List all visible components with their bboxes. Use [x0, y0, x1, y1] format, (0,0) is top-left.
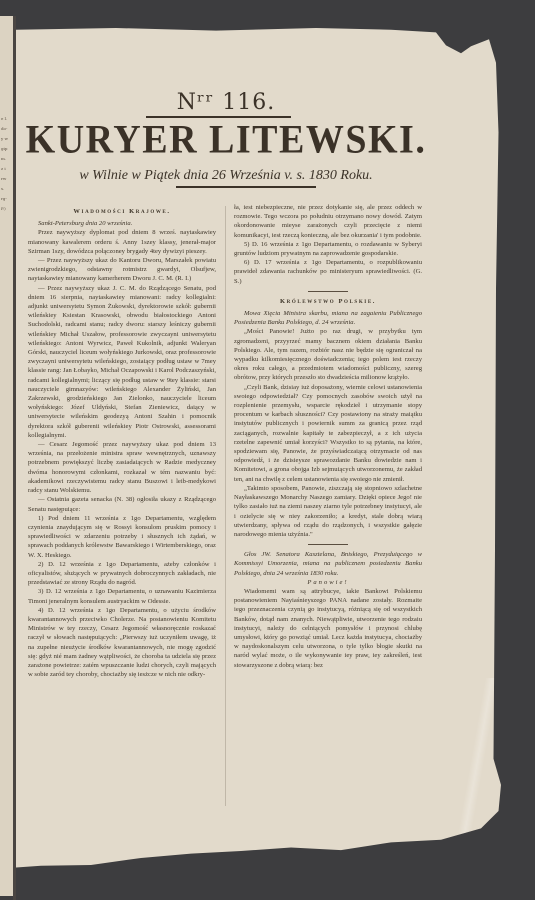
- column-divider: [225, 206, 226, 806]
- left-column: Wiadomości Krajowe. Sankt-Petersburg dni…: [28, 203, 216, 679]
- newspaper-page: Nʳʳ 116. KURYER LITEWSKI. w Wilnie w Pią…: [16, 28, 516, 898]
- newspaper-title: KURYER LITEWSKI.: [16, 117, 436, 163]
- section-heading: Wiadomości Krajowe.: [28, 207, 216, 216]
- paragraph: 6) D. 17 września z 1go Departamentu, o …: [234, 258, 422, 286]
- paragraph: 3) D. 12 września z 1go Departamentu, o …: [28, 587, 216, 605]
- paragraph: Wiadomemi wam są attrybucye, iakie Banko…: [234, 587, 422, 670]
- paragraph: — Cesarz Jegomość przez naywyższy ukaz p…: [28, 440, 216, 495]
- facing-page-text: rw: [1, 176, 6, 181]
- right-column: ła, iest niebezpieczne, nie przez dotyka…: [234, 203, 422, 670]
- facing-page-text: z i: [1, 166, 6, 171]
- paragraph: Panowie!: [234, 578, 422, 587]
- paragraph: — Przez naywyższy ukaz do Kantoru Dworu,…: [28, 256, 216, 284]
- paragraph: 4) D. 12 września z 1go Departamentu, o …: [28, 606, 216, 680]
- paragraph: „Czyli Bank, dzisiay iuż doposażony, wie…: [234, 383, 422, 484]
- facing-page-text: rg-: [1, 196, 7, 201]
- facing-page-text: y w: [1, 136, 8, 141]
- dateline: w Wilnie w Piątek dnia 26 Września v. s.…: [16, 168, 436, 184]
- paragraph: ła, iest niebezpieczne, nie przez dotyka…: [234, 203, 422, 240]
- facing-page-text: e l.: [1, 116, 7, 121]
- paragraph: Przez naywyższy dyplomat pod dniem 8 wrz…: [28, 228, 216, 256]
- facing-page-text: s.: [1, 186, 4, 191]
- facing-page-text: gip: [1, 146, 7, 151]
- paragraph: 5) D. 16 września z 1go Departamentu, o …: [234, 240, 422, 258]
- paragraph: „Takimto sposobem, Panowie, ziszczają si…: [234, 484, 422, 539]
- article-subtitle: Mowa Xięcia Ministra skarbu, miana na za…: [234, 309, 422, 327]
- rule: [176, 186, 316, 188]
- section-separator: [308, 544, 348, 545]
- section-separator: [308, 291, 348, 292]
- paragraph: 2) D. 12 września z 1go Departamentu, aż…: [28, 560, 216, 588]
- paragraph: 1) Pod dniem 11 września z 1go Departame…: [28, 514, 216, 560]
- facing-page-text: m.: [1, 156, 6, 161]
- facing-page-text: do-: [1, 126, 7, 131]
- issue-number: Nʳʳ 116.: [16, 90, 436, 115]
- facing-page-edge: e l. do- y w gip m. z i rw s. rg- P.): [0, 16, 13, 896]
- section-heading: Królewstwo Polskie.: [234, 297, 422, 306]
- book-spine: [13, 16, 16, 900]
- article-subtitle: Głos JW. Senatora Kasztelana, Bniskiego,…: [234, 550, 422, 578]
- paragraph: — Przez naywyższy ukaz J. C. M. do Rządz…: [28, 284, 216, 440]
- paragraph: „Mości Panowie! Jużto po raz drugi, w pr…: [234, 327, 422, 382]
- paragraph: — Ostatnia gazeta senacka (N. 38) ogłosi…: [28, 495, 216, 513]
- article-subtitle: Sankt-Petersburg dnia 20 września.: [28, 219, 216, 228]
- facing-page-text: P.): [1, 206, 6, 211]
